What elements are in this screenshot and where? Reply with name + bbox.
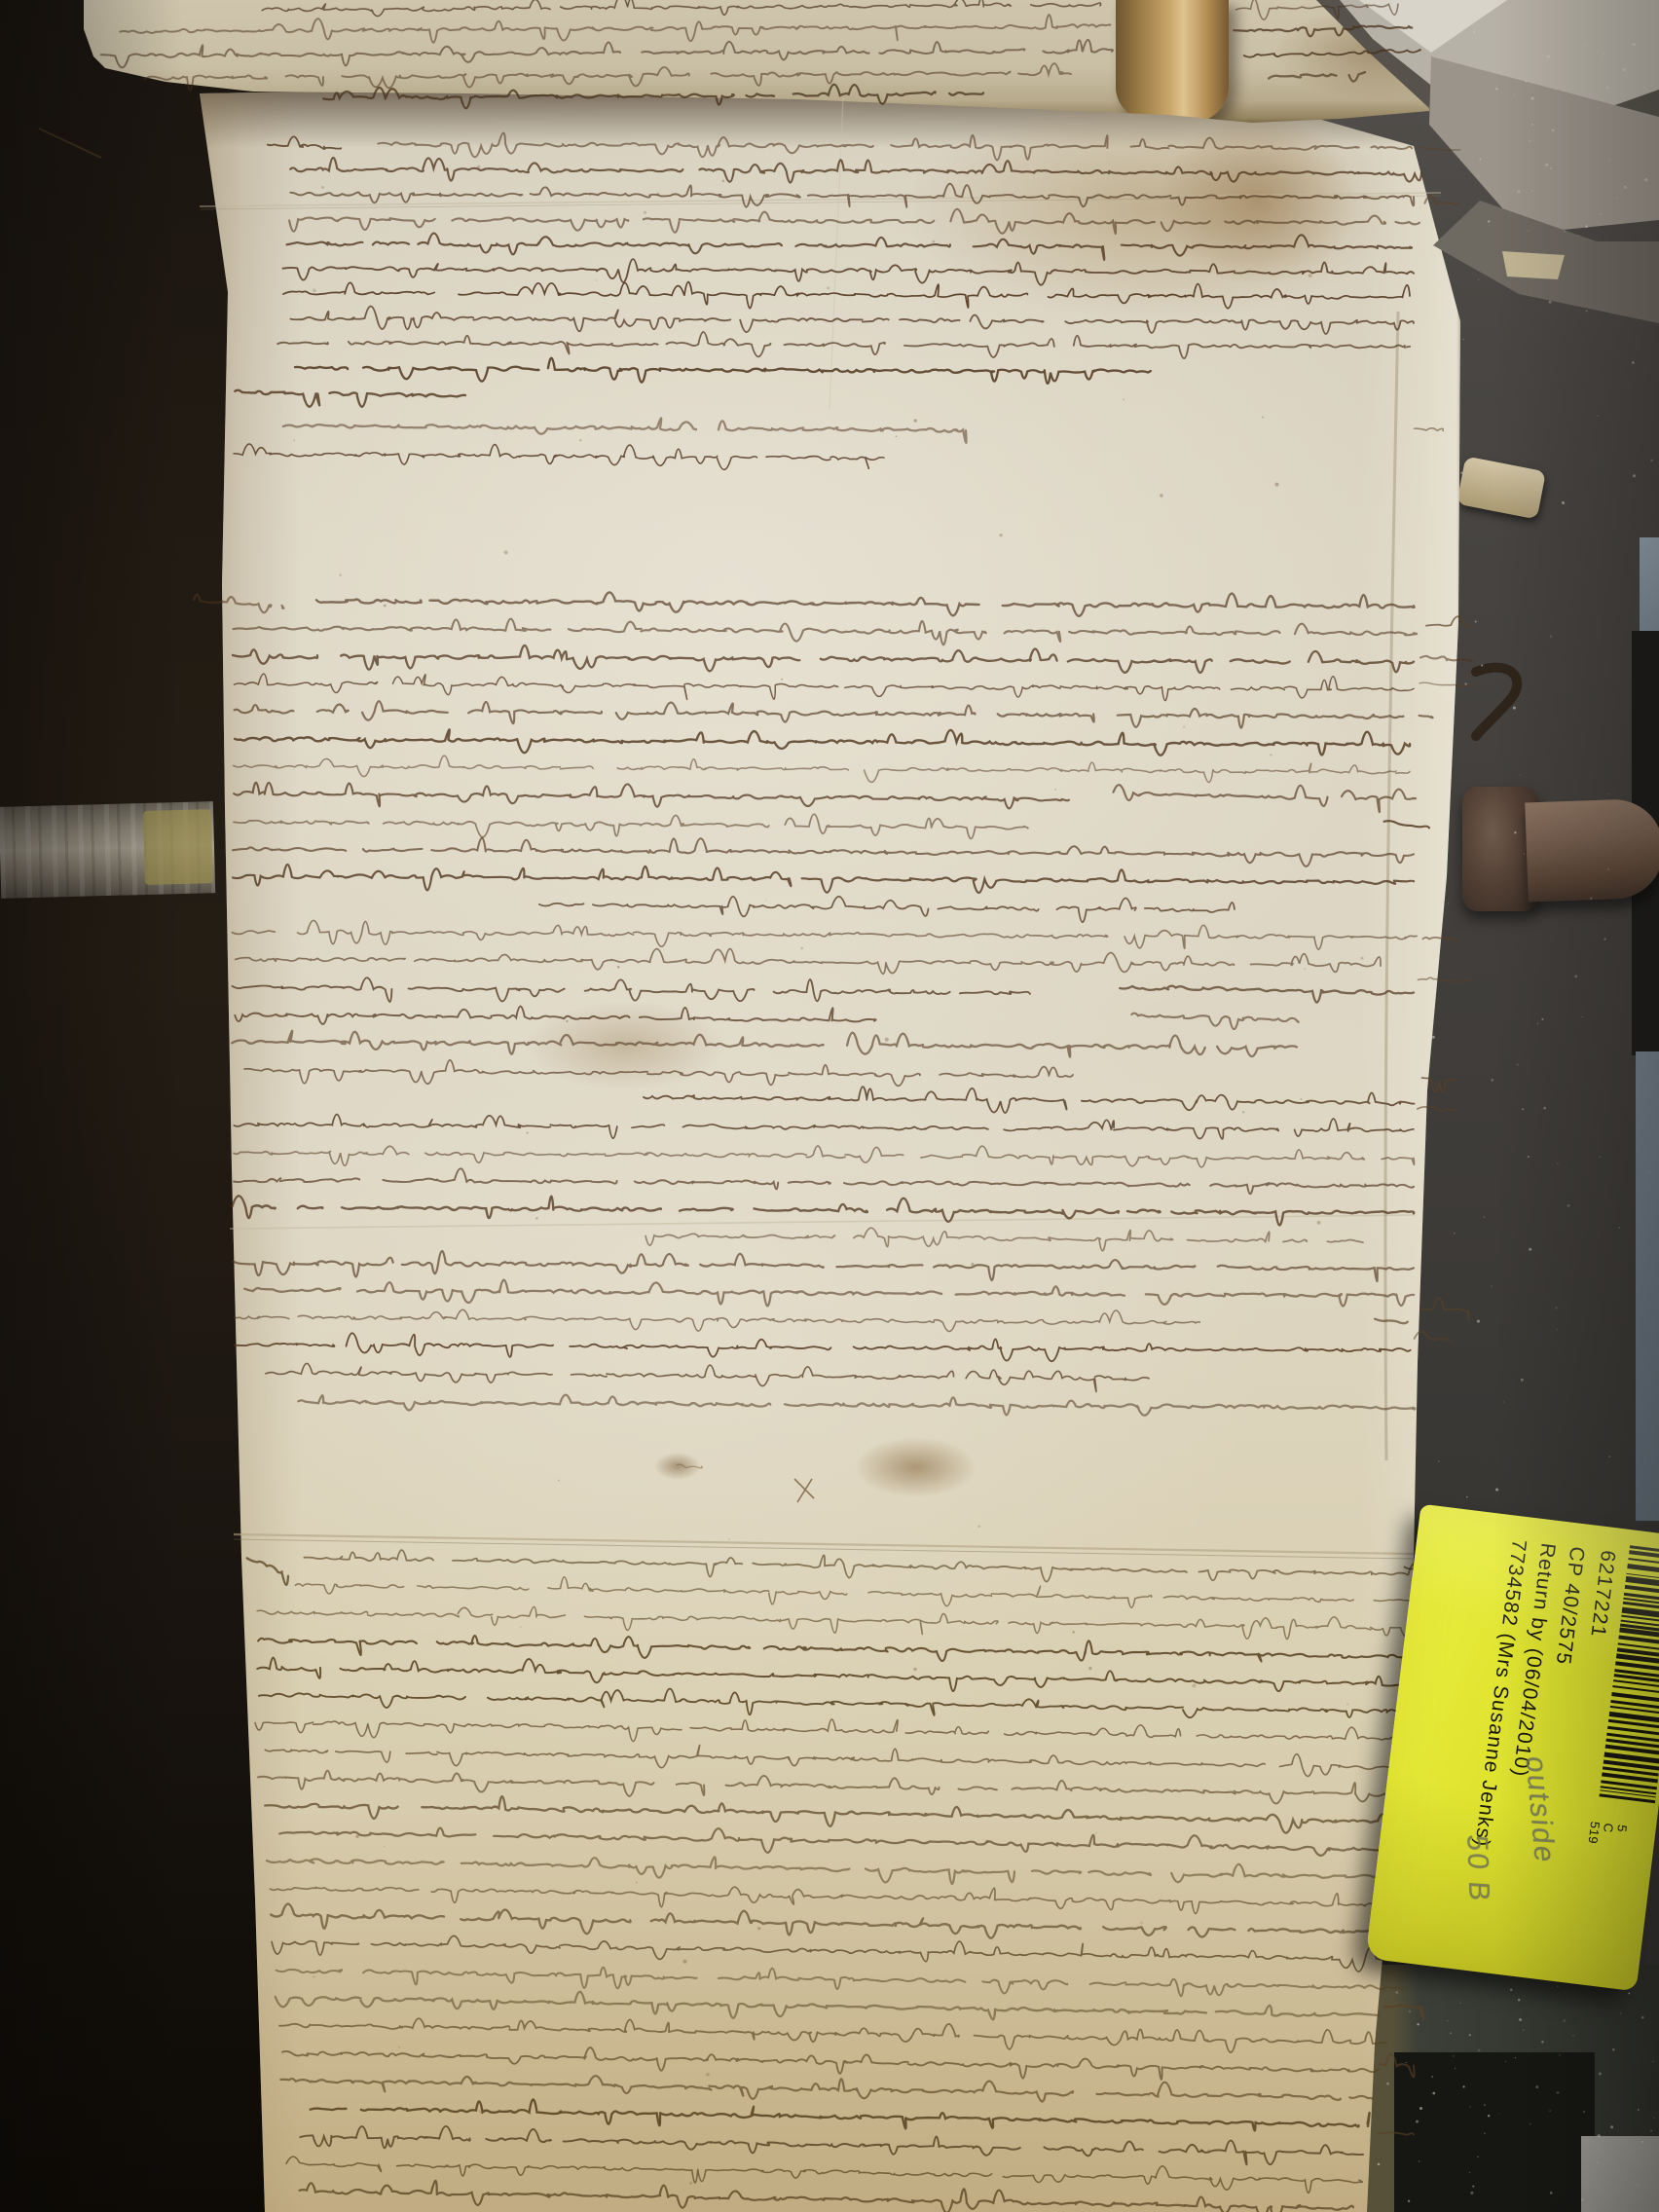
archive-photograph: 5 C 519 6217221 CP 40/2575 Return by (06…: [0, 0, 1659, 2212]
vignette-overlay: [0, 0, 1659, 2212]
